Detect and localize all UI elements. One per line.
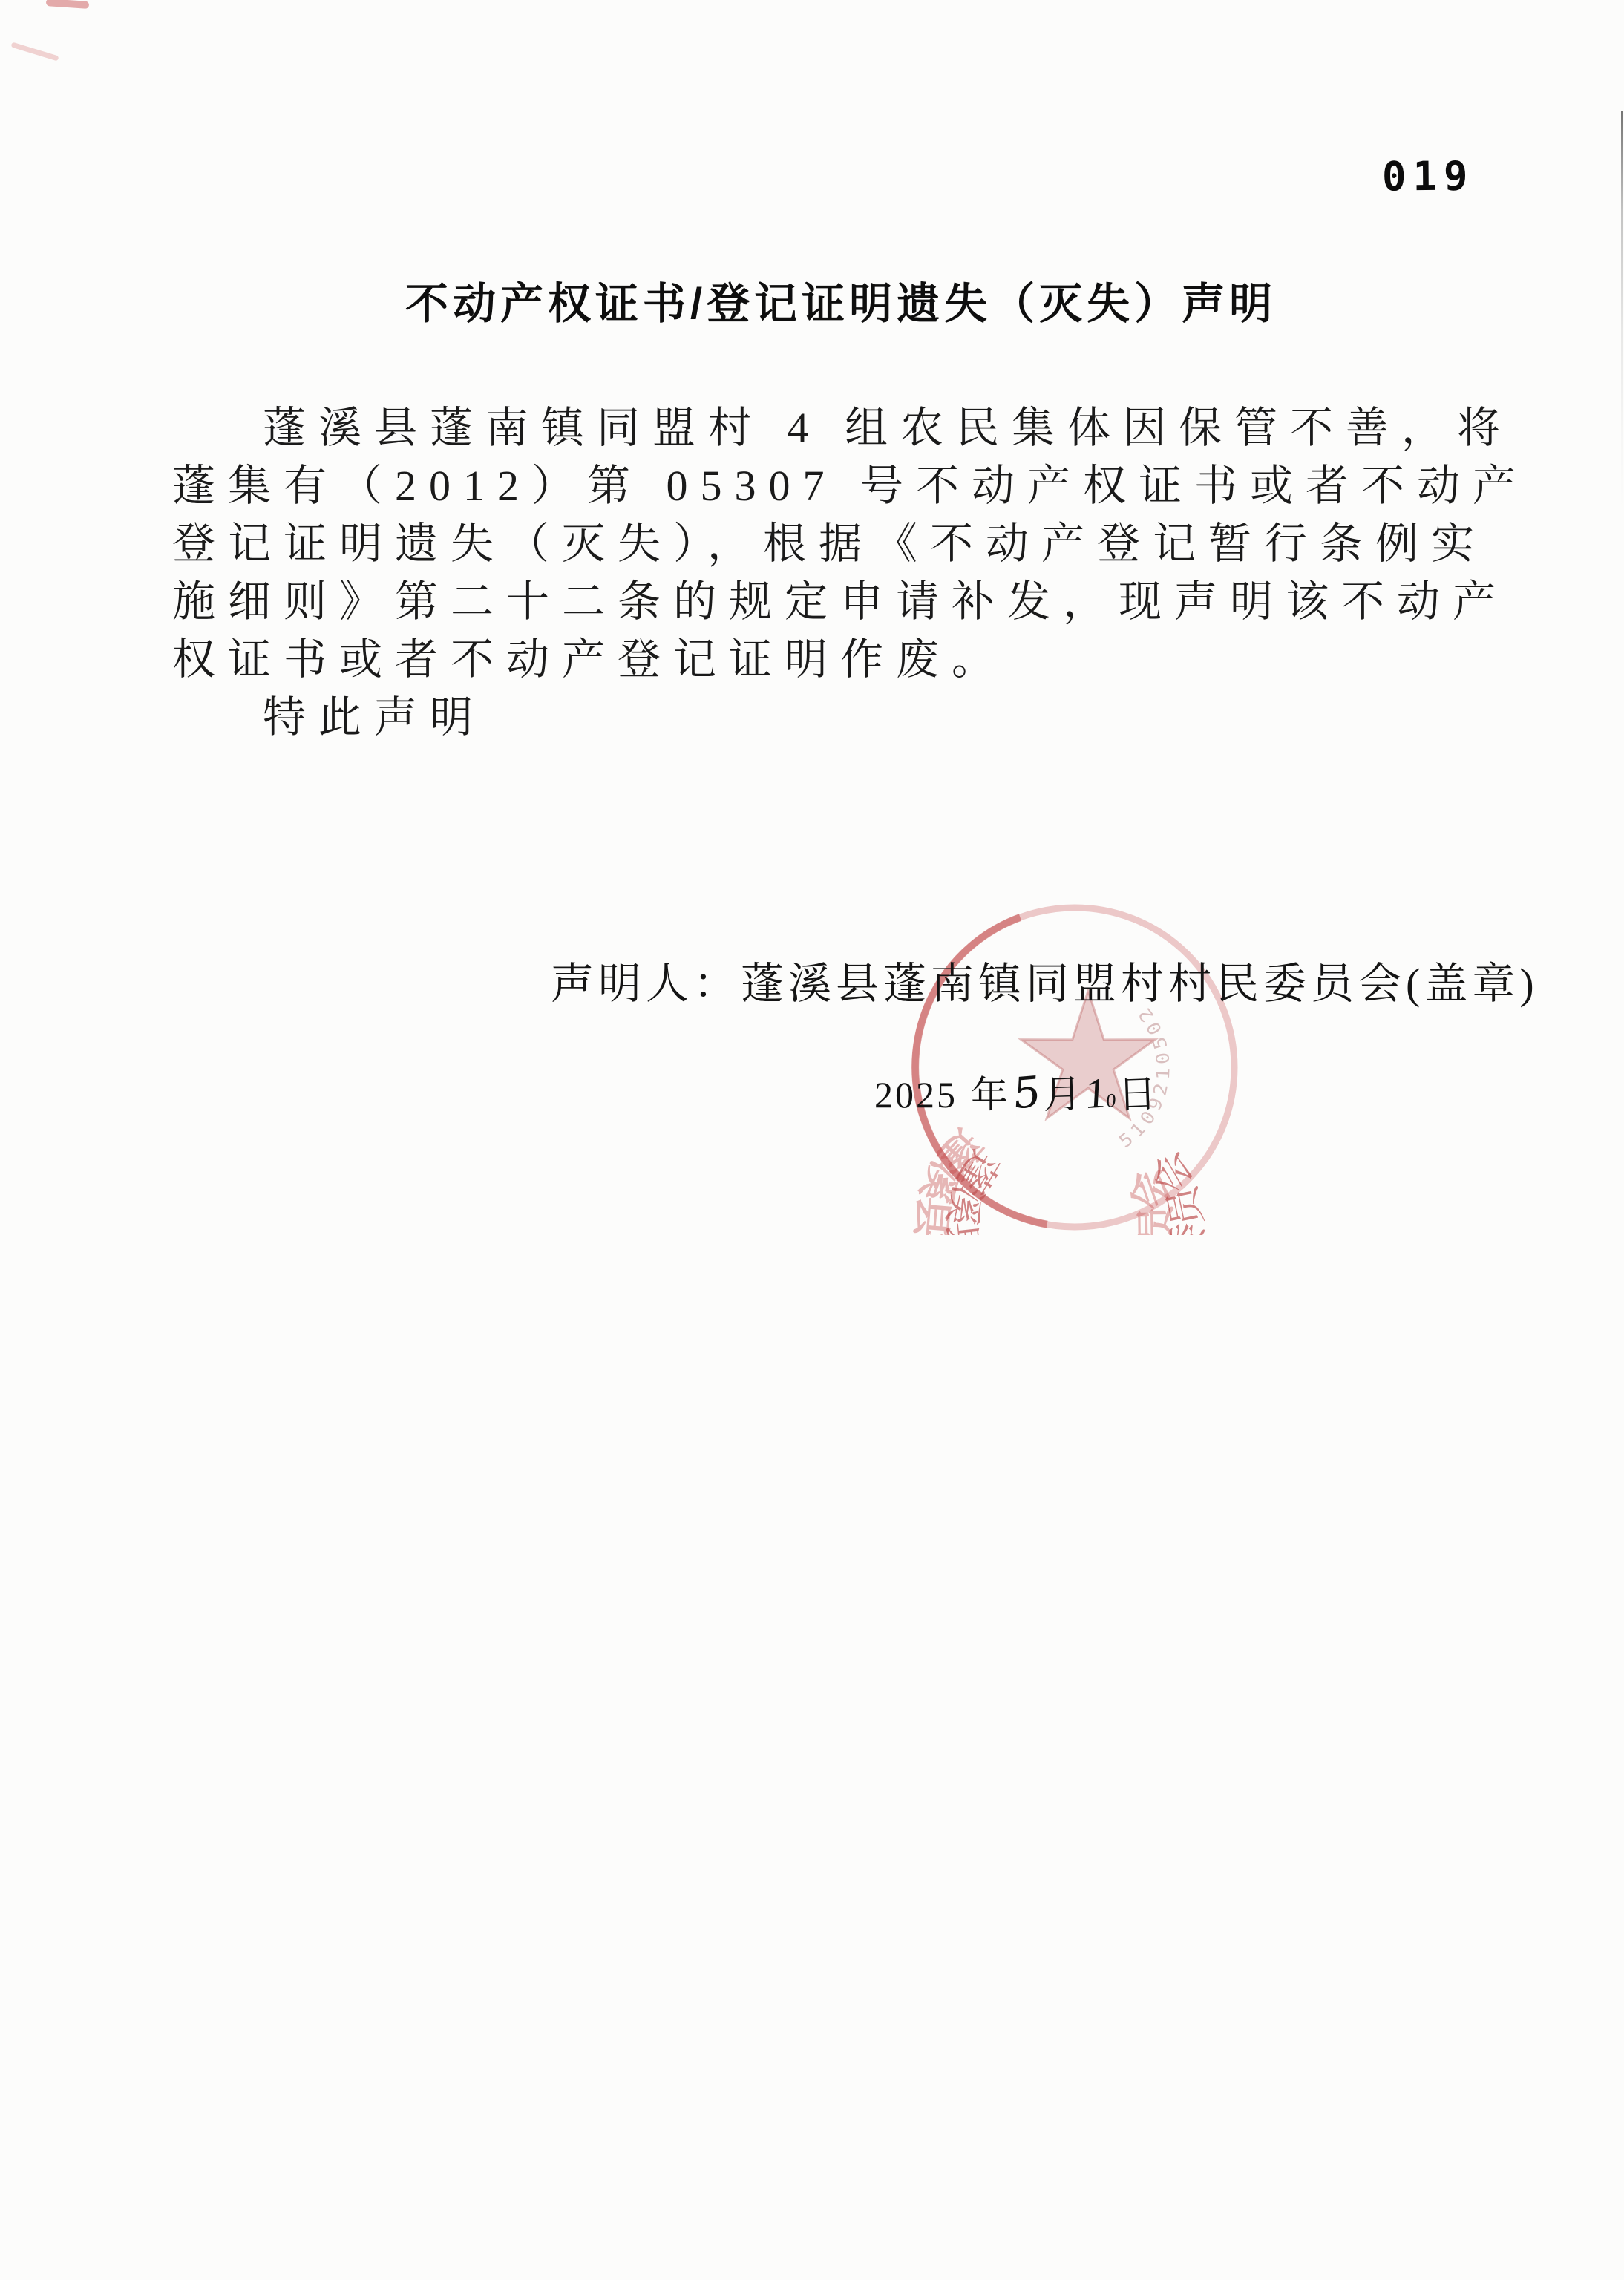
closing-line: 特此声明 <box>172 689 1508 747</box>
declarant-label: 声明人： <box>551 960 741 1008</box>
declaration-paragraph: 蓬溪县蓬南镇同盟村 4 组农民集体因保管不善，将 蓬集有（2012）第 0530… <box>172 399 1508 747</box>
body-line: 蓬溪县蓬南镇同盟村 4 组农民集体因保管不善，将 <box>172 399 1508 457</box>
body-line: 权证书或者不动产登记证明作废。 <box>172 631 1508 689</box>
seal-ring-text-ghost: 蓬溪县蓬南镇同盟村村民委员会 <box>907 1116 1194 1235</box>
page-number: 019 <box>1382 152 1475 200</box>
seal-here-note: (盖章) <box>1406 960 1539 1008</box>
date-day-handwritten: 10 <box>1084 1067 1118 1118</box>
date-month-handwritten: 5 <box>1012 1066 1044 1118</box>
document-page: 019 不动产权证书/登记证明遗失（灭失）声明 蓬溪县蓬南镇同盟村 4 组农民集… <box>0 0 1624 2280</box>
pen-mark <box>46 0 90 9</box>
body-line: 蓬集有（2012）第 05307 号不动产权证书或者不动产 <box>172 457 1508 515</box>
declarant-name: 蓬溪县蓬南镇同盟村村民委员会 <box>741 960 1406 1008</box>
scan-edge-line <box>1621 111 1623 512</box>
body-line: 登记证明遗失（灭失），根据《不动产登记暂行条例实 <box>172 515 1508 573</box>
date-month-label: 月 <box>1042 1062 1085 1119</box>
date-year: 2025 <box>874 1074 957 1116</box>
date-line: 2025年5月10日 <box>874 1063 1159 1118</box>
page-title: 不动产权证书/登记证明遗失（灭失）声明 <box>405 269 1277 331</box>
date-day-label: 日 <box>1117 1062 1160 1119</box>
pen-mark <box>10 42 59 62</box>
date-year-label: 年 <box>971 1074 1010 1116</box>
body-line: 施细则》第二十二条的规定申请补发，现声明该不动产 <box>172 573 1508 631</box>
signature-line: 声明人：蓬溪县蓬南镇同盟村村民委员会(盖章) <box>551 949 1539 1011</box>
